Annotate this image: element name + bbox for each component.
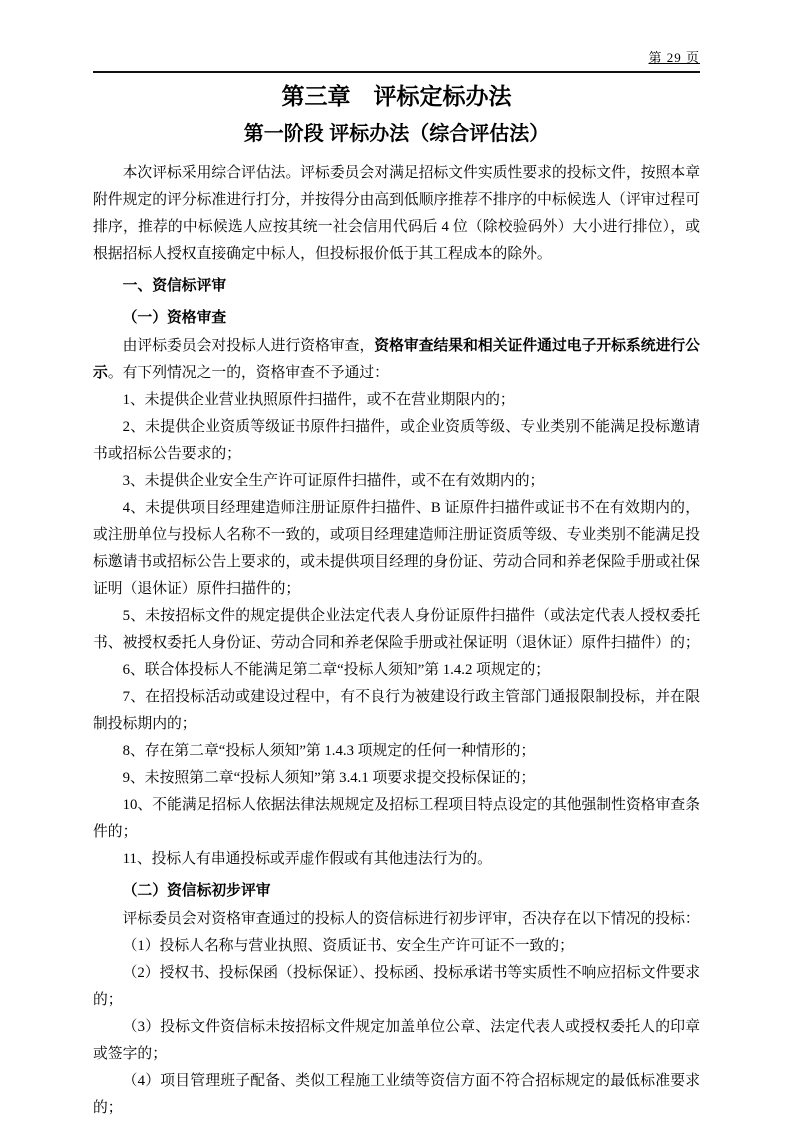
- qualification-item-9: 9、未按照第二章“投标人须知”第 3.4.1 项要求提交投标保证的；: [93, 765, 700, 792]
- document-page: 第 29 页 第三章 评标定标办法 第一阶段 评标办法（综合评估法） 本次评标采…: [0, 0, 793, 1122]
- qualification-item-6: 6、联合体投标人不能满足第二章“投标人须知”第 1.4.2 项规定的；: [93, 657, 700, 684]
- preliminary-item-4: （4）项目管理班子配备、类似工程施工业绩等资信方面不符合招标规定的最低标准要求的…: [93, 1068, 700, 1122]
- page-number: 第 29 页: [648, 50, 700, 65]
- section-1-heading: 一、资信标评审: [93, 273, 700, 300]
- stage-title: 第一阶段 评标办法（综合评估法）: [93, 120, 700, 148]
- chapter-title: 第三章 评标定标办法: [93, 81, 700, 111]
- qualification-item-8: 8、存在第二章“投标人须知”第 1.4.3 项规定的任何一种情形的；: [93, 738, 700, 765]
- qualification-item-10: 10、不能满足招标人依据法律法规规定及招标工程项目特点设定的其他强制性资格审查条…: [93, 792, 700, 846]
- page-header: 第 29 页: [93, 46, 700, 73]
- preliminary-item-2: （2）授权书、投标保函（投标保证）、投标函、投标承诺书等实质性不响应招标文件要求…: [93, 960, 700, 1014]
- qualification-item-2: 2、未提供企业资质等级证书原件扫描件，或企业资质等级、专业类别不能满足投标邀请书…: [93, 414, 700, 468]
- qualification-lead-prefix: 由评标委员会对投标人进行资格审查，: [123, 338, 375, 354]
- qualification-item-4: 4、未提供项目经理建造师注册证原件扫描件、B 证原件扫描件或证书不在有效期内的，…: [93, 495, 700, 603]
- qualification-item-1: 1、未提供企业营业执照原件扫描件，或不在营业期限内的；: [93, 387, 700, 414]
- preliminary-item-1: （1）投标人名称与营业执照、资质证书、安全生产许可证不一致的；: [93, 933, 700, 960]
- qualification-item-5: 5、未按招标文件的规定提供企业法定代表人身份证原件扫描件（或法定代表人授权委托书…: [93, 603, 700, 657]
- document-body: 本次评标采用综合评估法。评标委员会对满足招标文件实质性要求的投标文件，按照本章附…: [93, 160, 700, 1122]
- subsection-1-2-heading: （二）资信标初步评审: [93, 878, 700, 905]
- qualification-item-7: 7、在招投标活动或建设过程中，有不良行为被建设行政主管部门通报限制投标，并在限制…: [93, 684, 700, 738]
- intro-paragraph: 本次评标采用综合评估法。评标委员会对满足招标文件实质性要求的投标文件，按照本章附…: [93, 160, 700, 268]
- qualification-review-lead: 由评标委员会对投标人进行资格审查，资格审查结果和相关证件通过电子开标系统进行公示…: [93, 333, 700, 387]
- qualification-item-11: 11、投标人有串通投标或弄虚作假或有其他违法行为的。: [93, 846, 700, 873]
- preliminary-item-3: （3）投标文件资信标未按招标文件规定加盖单位公章、法定代表人或授权委托人的印章或…: [93, 1014, 700, 1068]
- qualification-item-3: 3、未提供企业安全生产许可证原件扫描件，或不在有效期内的；: [93, 468, 700, 495]
- subsection-1-1-heading: （一）资格审查: [93, 305, 700, 332]
- qualification-lead-suffix: 。有下列情况之一的，资格审查不予通过：: [108, 365, 389, 381]
- preliminary-review-lead: 评标委员会对资格审查通过的投标人的资信标进行初步评审，否决存在以下情况的投标：: [93, 906, 700, 933]
